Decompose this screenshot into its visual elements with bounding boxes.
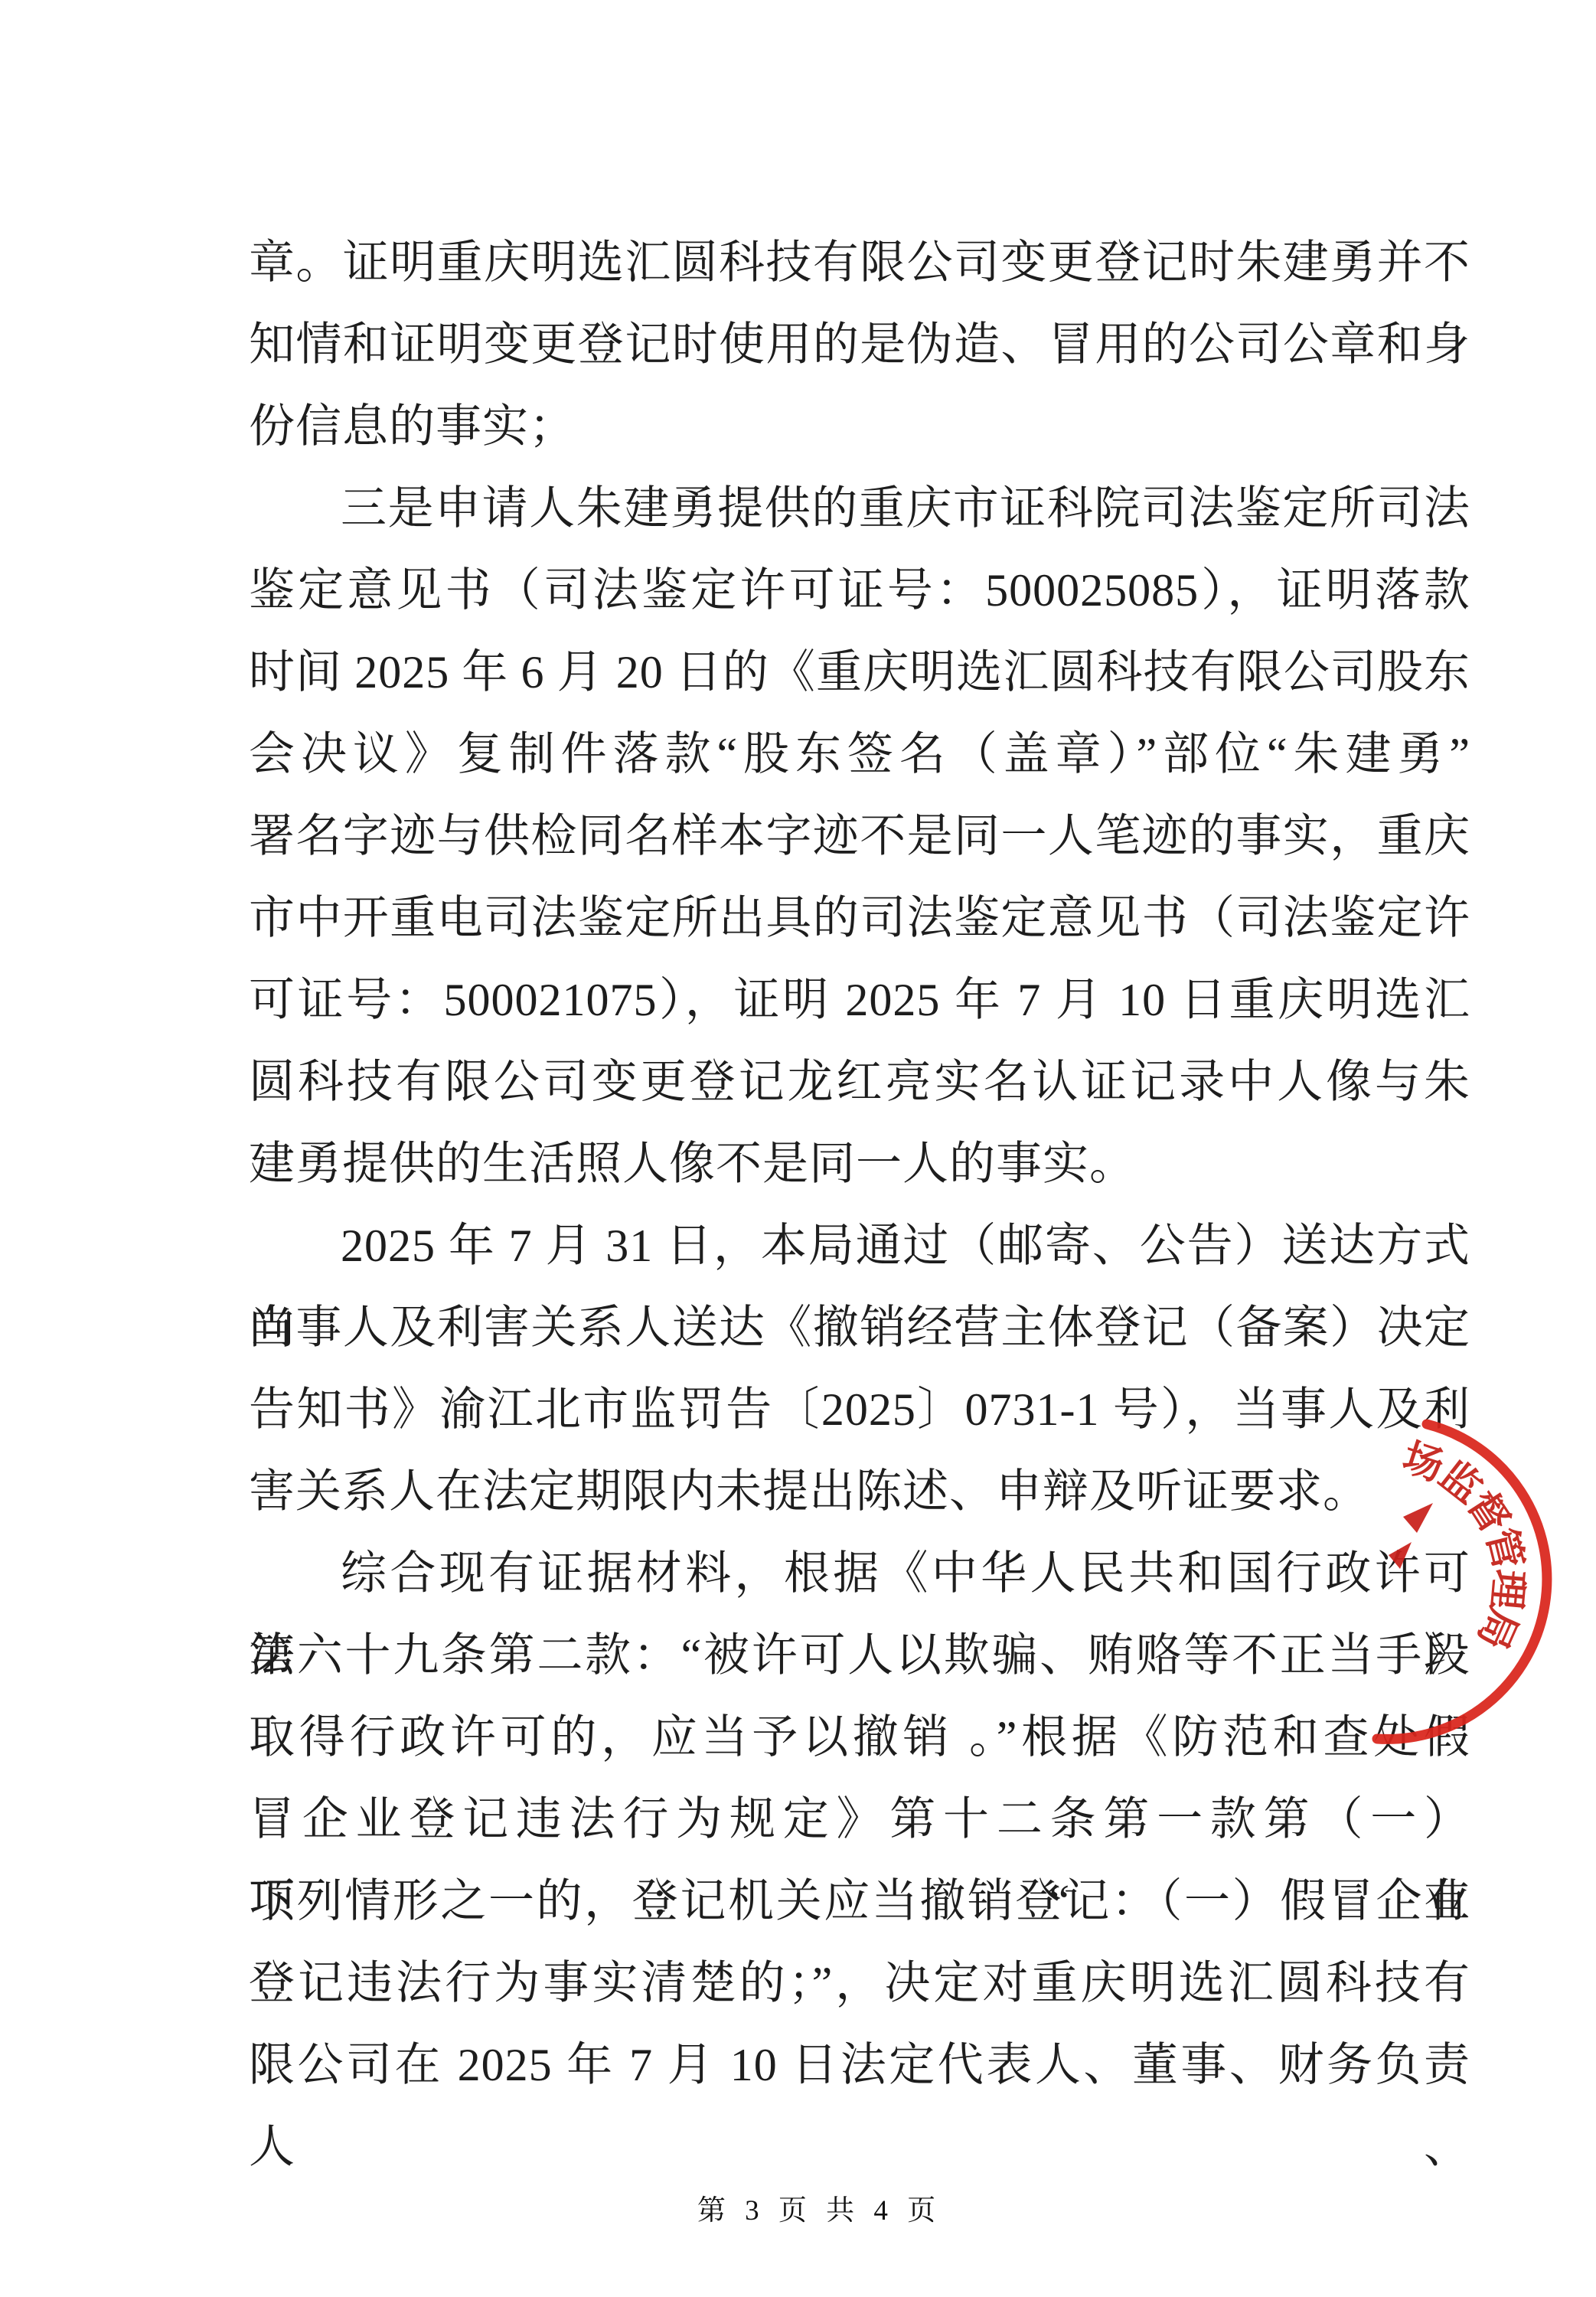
document-body: 章。证明重庆明选汇圆科技有限公司变更登记时朱建勇并不知情和证明变更登记时使用的是… <box>249 222 1470 2106</box>
text-line: 告知书》渝江北市监罚告〔2025〕0731-1 号），当事人及利 <box>249 1369 1470 1451</box>
text-line: 建勇提供的生活照人像不是同一人的事实。 <box>249 1123 1470 1205</box>
text-line: 份信息的事实； <box>249 386 1470 468</box>
text-line: 第六十九条第二款：“被许可人以欺骗、贿赂等不正当手段 <box>249 1615 1470 1697</box>
text-line: 2025 年 7 月 31 日，本局通过（邮寄、公告）送达方式向 <box>249 1205 1470 1287</box>
text-line: 取得行政许可的，应当予以撤销 。”根据《防范和查处假 <box>249 1697 1470 1779</box>
text-line: 鉴定意见书（司法鉴定许可证号：500025085），证明落款 <box>249 550 1470 632</box>
seal-char: 局 <box>1469 1601 1526 1655</box>
text-line: 登记违法行为事实清楚的；”，决定对重庆明选汇圆科技有 <box>249 1942 1470 2024</box>
text-line: 害关系人在法定期限内未提出陈述、申辩及听证要求。 <box>249 1451 1470 1533</box>
text-line: 知情和证明变更登记时使用的是伪造、冒用的公司公章和身 <box>249 304 1470 386</box>
text-line: 限公司在 2025 年 7 月 10 日法定代表人、董事、财务负责人、 <box>249 2024 1470 2106</box>
text-line: 署名字迹与供检同名样本字迹不是同一人笔迹的事实，重庆 <box>249 796 1470 877</box>
text-line: 章。证明重庆明选汇圆科技有限公司变更登记时朱建勇并不 <box>249 222 1470 304</box>
text-line: 会决议》复制件落款“股东签名（盖章）”部位“朱建勇” <box>249 714 1470 796</box>
seal-char: 理 <box>1483 1568 1531 1612</box>
text-line: 三是申请人朱建勇提供的重庆市证科院司法鉴定所司法 <box>249 468 1470 550</box>
text-line: 可证号：500021075），证明 2025 年 7 月 10 日重庆明选汇 <box>249 959 1470 1041</box>
text-line: 时间 2025 年 6 月 20 日的《重庆明选汇圆科技有限公司股东 <box>249 632 1470 714</box>
document-page: 章。证明重庆明选汇圆科技有限公司变更登记时朱建勇并不知情和证明变更登记时使用的是… <box>0 0 1596 2297</box>
text-line: 下列情形之一的，登记机关应当撤销登记：（一）假冒企业 <box>249 1861 1470 1942</box>
text-line: 圆科技有限公司变更登记龙红亮实名认证记录中人像与朱 <box>249 1041 1470 1123</box>
text-line: 综合现有证据材料，根据《中华人民共和国行政许可法》 <box>249 1533 1470 1615</box>
seal-char: 管 <box>1478 1524 1531 1574</box>
page-number-footer: 第 3 页 共 4 页 <box>21 2187 1596 2228</box>
text-line: 市中开重电司法鉴定所出具的司法鉴定意见书（司法鉴定许 <box>249 877 1470 959</box>
text-line: 冒企业登记违法行为规定》第十二条第一款第（一）项：“有 <box>249 1779 1470 1861</box>
text-line: 当事人及利害关系人送达《撤销经营主体登记（备案）决定 <box>249 1287 1470 1369</box>
